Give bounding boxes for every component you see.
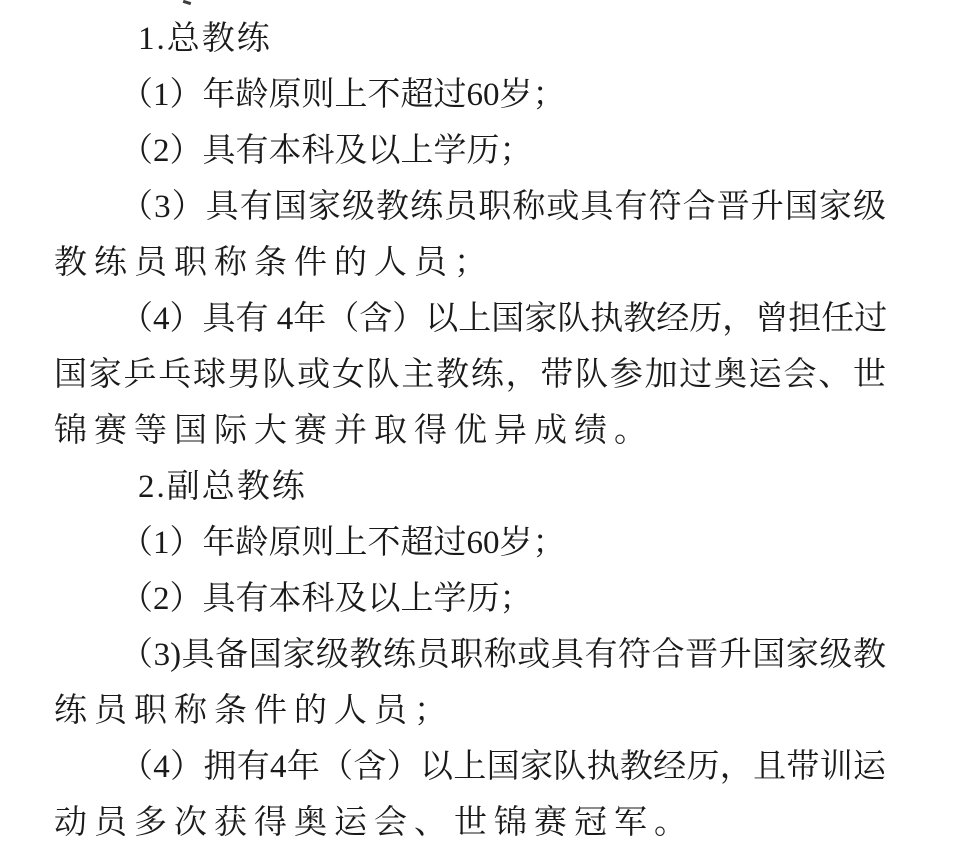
item-paragraph: （1）年龄原则上不超过60岁； — [54, 67, 886, 123]
item-paragraph: （1）年龄原则上不超过60岁； — [54, 515, 886, 571]
text-line: 2.副总教练 — [54, 459, 886, 515]
heading-paragraph: 1.总教练 — [54, 11, 886, 67]
text-line: （1）年龄原则上不超过60岁； — [54, 515, 886, 571]
text-line: 锦赛等国际大赛并取得优异成绩。 — [54, 403, 886, 459]
text-line: （2）具有本科及以上学历； — [54, 571, 886, 627]
item-paragraph: （3)具备国家级教练员职称或具有符合晋升国家级教练员职称条件的人员； — [54, 627, 886, 739]
document-content: 1.总教练（1）年龄原则上不超过60岁；（2）具有本科及以上学历；（3）具有国家… — [0, 0, 886, 851]
item-paragraph: （3）具有国家级教练员职称或具有符合晋升国家级教练员职称条件的人员； — [54, 179, 886, 291]
text-line: （3)具备国家级教练员职称或具有符合晋升国家级教 — [54, 627, 886, 683]
item-paragraph: （2）具有本科及以上学历； — [54, 571, 886, 627]
text-line: 国家乒乓球男队或女队主教练，带队参加过奥运会、世 — [54, 347, 886, 403]
item-paragraph: （4）拥有4年（含）以上国家队执教经历，且带训运动员多次获得奥运会、世锦赛冠军。 — [54, 739, 886, 851]
text-line: 教练员职称条件的人员； — [54, 235, 886, 291]
text-line: （1）年龄原则上不超过60岁； — [54, 67, 886, 123]
text-line: 1.总教练 — [54, 11, 886, 67]
text-line: （4）具有 4年（含）以上国家队执教经历，曾担任过 — [54, 291, 886, 347]
heading-paragraph: 2.副总教练 — [54, 459, 886, 515]
text-line: （2）具有本科及以上学历； — [54, 123, 886, 179]
item-paragraph: （4）具有 4年（含）以上国家队执教经历，曾担任过国家乒乓球男队或女队主教练，带… — [54, 291, 886, 459]
document-page: 1.总教练（1）年龄原则上不超过60岁；（2）具有本科及以上学历；（3）具有国家… — [0, 0, 956, 856]
text-line: 动员多次获得奥运会、世锦赛冠军。 — [54, 795, 886, 851]
item-paragraph: （2）具有本科及以上学历； — [54, 123, 886, 179]
text-line: （4）拥有4年（含）以上国家队执教经历，且带训运 — [54, 739, 886, 795]
text-line: 练员职称条件的人员； — [54, 683, 886, 739]
text-line: （3）具有国家级教练员职称或具有符合晋升国家级 — [54, 179, 886, 235]
